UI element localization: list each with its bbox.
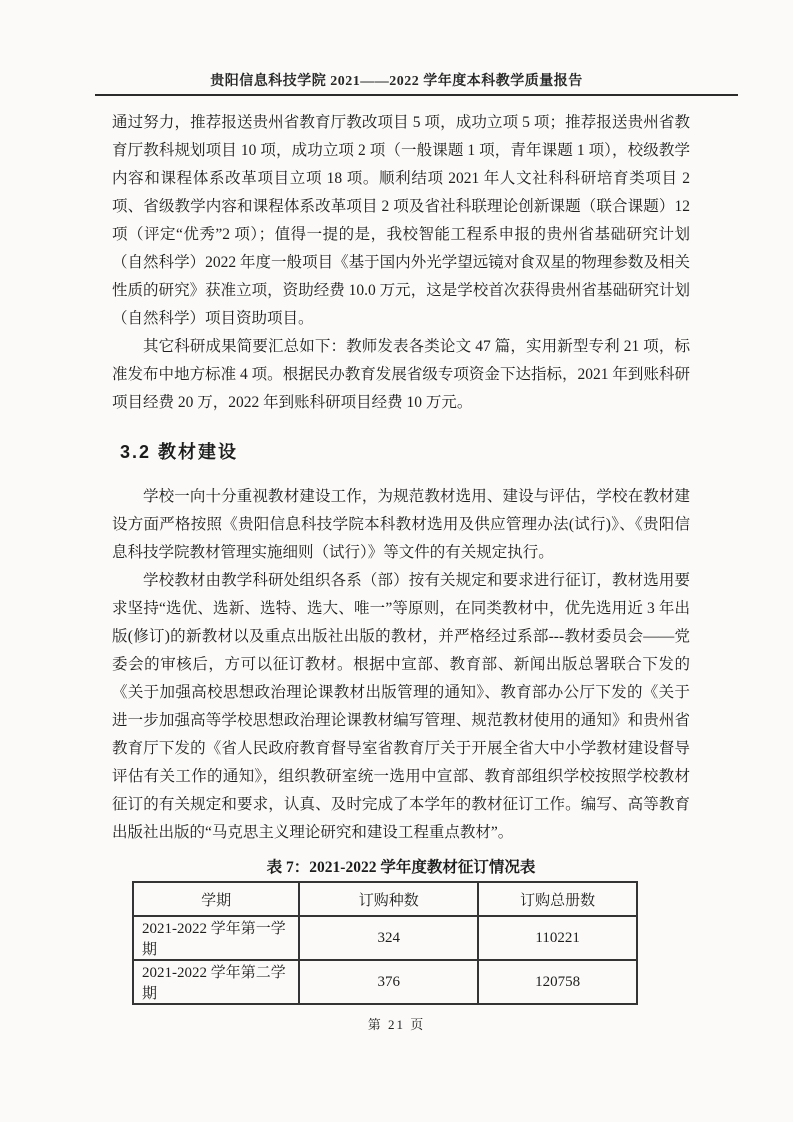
col-header-semester: 学期: [133, 882, 299, 916]
body-paragraph-3: 学校一向十分重视教材建设工作，为规范教材选用、建设与评估，学校在教材建设方面严格…: [112, 483, 690, 567]
page-number: 第 21 页: [368, 1017, 426, 1032]
body-paragraph-4: 学校教材由教学科研处组织各系（部）按有关规定和要求进行征订，教材选用要求坚持“选…: [112, 567, 690, 847]
semester-cell: 2021-2022 学年第一学期: [133, 916, 299, 960]
table-caption: 表 7：2021-2022 学年度教材征订情况表: [112, 857, 690, 879]
textbook-order-table: 学期 订购种数 订购总册数 2021-2022 学年第一学期 324 11022…: [132, 881, 638, 1005]
semester-cell: 2021-2022 学年第二学期: [133, 960, 299, 1004]
body-paragraph-2: 其它科研成果简要汇总如下：教师发表各类论文 47 篇，实用新型专利 21 项，标…: [112, 333, 690, 417]
document-page: 贵阳信息科技学院 2021——2022 学年度本科教学质量报告 通过努力，推荐报…: [0, 0, 793, 1122]
page-footer: 第 21 页: [0, 1014, 793, 1034]
table-block: 表 7：2021-2022 学年度教材征订情况表 学期 订购种数 订购总册数 2…: [112, 857, 690, 1005]
table-header-row: 学期 订购种数 订购总册数: [133, 882, 637, 916]
order-copies-cell: 110221: [478, 916, 637, 960]
header-divider: [95, 94, 738, 96]
page-header: 贵阳信息科技学院 2021——2022 学年度本科教学质量报告: [0, 70, 793, 90]
order-kinds-cell: 324: [299, 916, 478, 960]
header-title: 贵阳信息科技学院 2021——2022 学年度本科教学质量报告: [210, 74, 583, 89]
body-paragraph-1: 通过努力，推荐报送贵州省教育厅教改项目 5 项，成功立项 5 项；推荐报送贵州省…: [112, 109, 690, 333]
table-row: 2021-2022 学年第二学期 376 120758: [133, 960, 637, 1004]
page-content: 通过努力，推荐报送贵州省教育厅教改项目 5 项，成功立项 5 项；推荐报送贵州省…: [112, 109, 690, 1005]
order-copies-cell: 120758: [478, 960, 637, 1004]
table-row: 2021-2022 学年第一学期 324 110221: [133, 916, 637, 960]
order-kinds-cell: 376: [299, 960, 478, 1004]
col-header-order-kinds: 订购种数: [299, 882, 478, 916]
col-header-order-total-copies: 订购总册数: [478, 882, 637, 916]
section-heading-3-2: 3.2 教材建设: [120, 439, 690, 465]
